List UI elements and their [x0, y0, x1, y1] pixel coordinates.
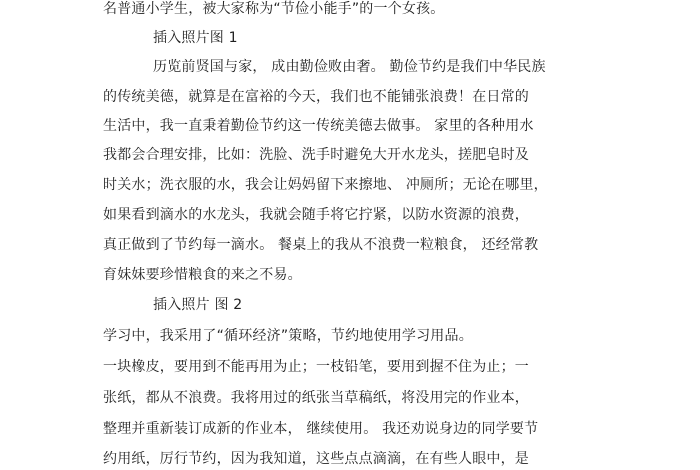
- text-line: 育妹妹要珍惜粮食的来之不易。: [103, 266, 302, 284]
- document-page: 名普通小学生，被大家称为“节俭小能手”的一个女孩。 插入照片图 1 历览前贤国与…: [0, 0, 700, 470]
- photo-caption-2: 插入照片 图 2: [153, 296, 242, 314]
- text-line: 整理并重新装订成新的作业本， 继续使用。 我还劝说身边的同学要节: [103, 420, 538, 438]
- text-line: 名普通小学生，被大家称为“节俭小能手”的一个女孩。: [103, 0, 445, 18]
- text-line: 张纸，都从不浪费。我将用过的纸张当草稿纸，将没用完的作业本，: [103, 389, 529, 407]
- text-line: 约用纸，厉行节约，因为我知道，这些点点滴滴，在有些人眼中，是: [103, 450, 529, 468]
- text-line: 时关水；洗衣服的水，我会让妈妈留下来擦地、 冲厕所；无论在哪里，: [103, 176, 548, 194]
- text-line: 的传统美德，就算是在富裕的今天，我们也不能铺张浪费！在日常的: [103, 88, 529, 106]
- paragraph-start: 历览前贤国与家， 成由勤俭败由奢。 勤俭节约是我们中华民族: [153, 58, 546, 76]
- text-line: 真正做到了节约每一滴水。 餐桌上的我从不浪费一粒粮食， 还经常教: [103, 236, 538, 254]
- text-line: 一块橡皮，要用到不能再用为止；一枝铅笔，要用到握不住为止；一: [103, 358, 529, 376]
- text-line: 学习中，我采用了“循环经济”策略，节约地使用学习用品。: [103, 327, 473, 345]
- text-line: 如果看到滴水的水龙头，我就会随手将它拧紧，以防水资源的浪费，: [103, 206, 529, 224]
- text-line: 我都会合理安排，比如：洗脸、洗手时避免大开水龙头，搓肥皂时及: [103, 146, 529, 164]
- text-line: 生活中，我一直秉着勤俭节约这一传统美德去做事。 家里的各种用水: [103, 117, 534, 135]
- photo-caption-1: 插入照片图 1: [153, 29, 238, 47]
